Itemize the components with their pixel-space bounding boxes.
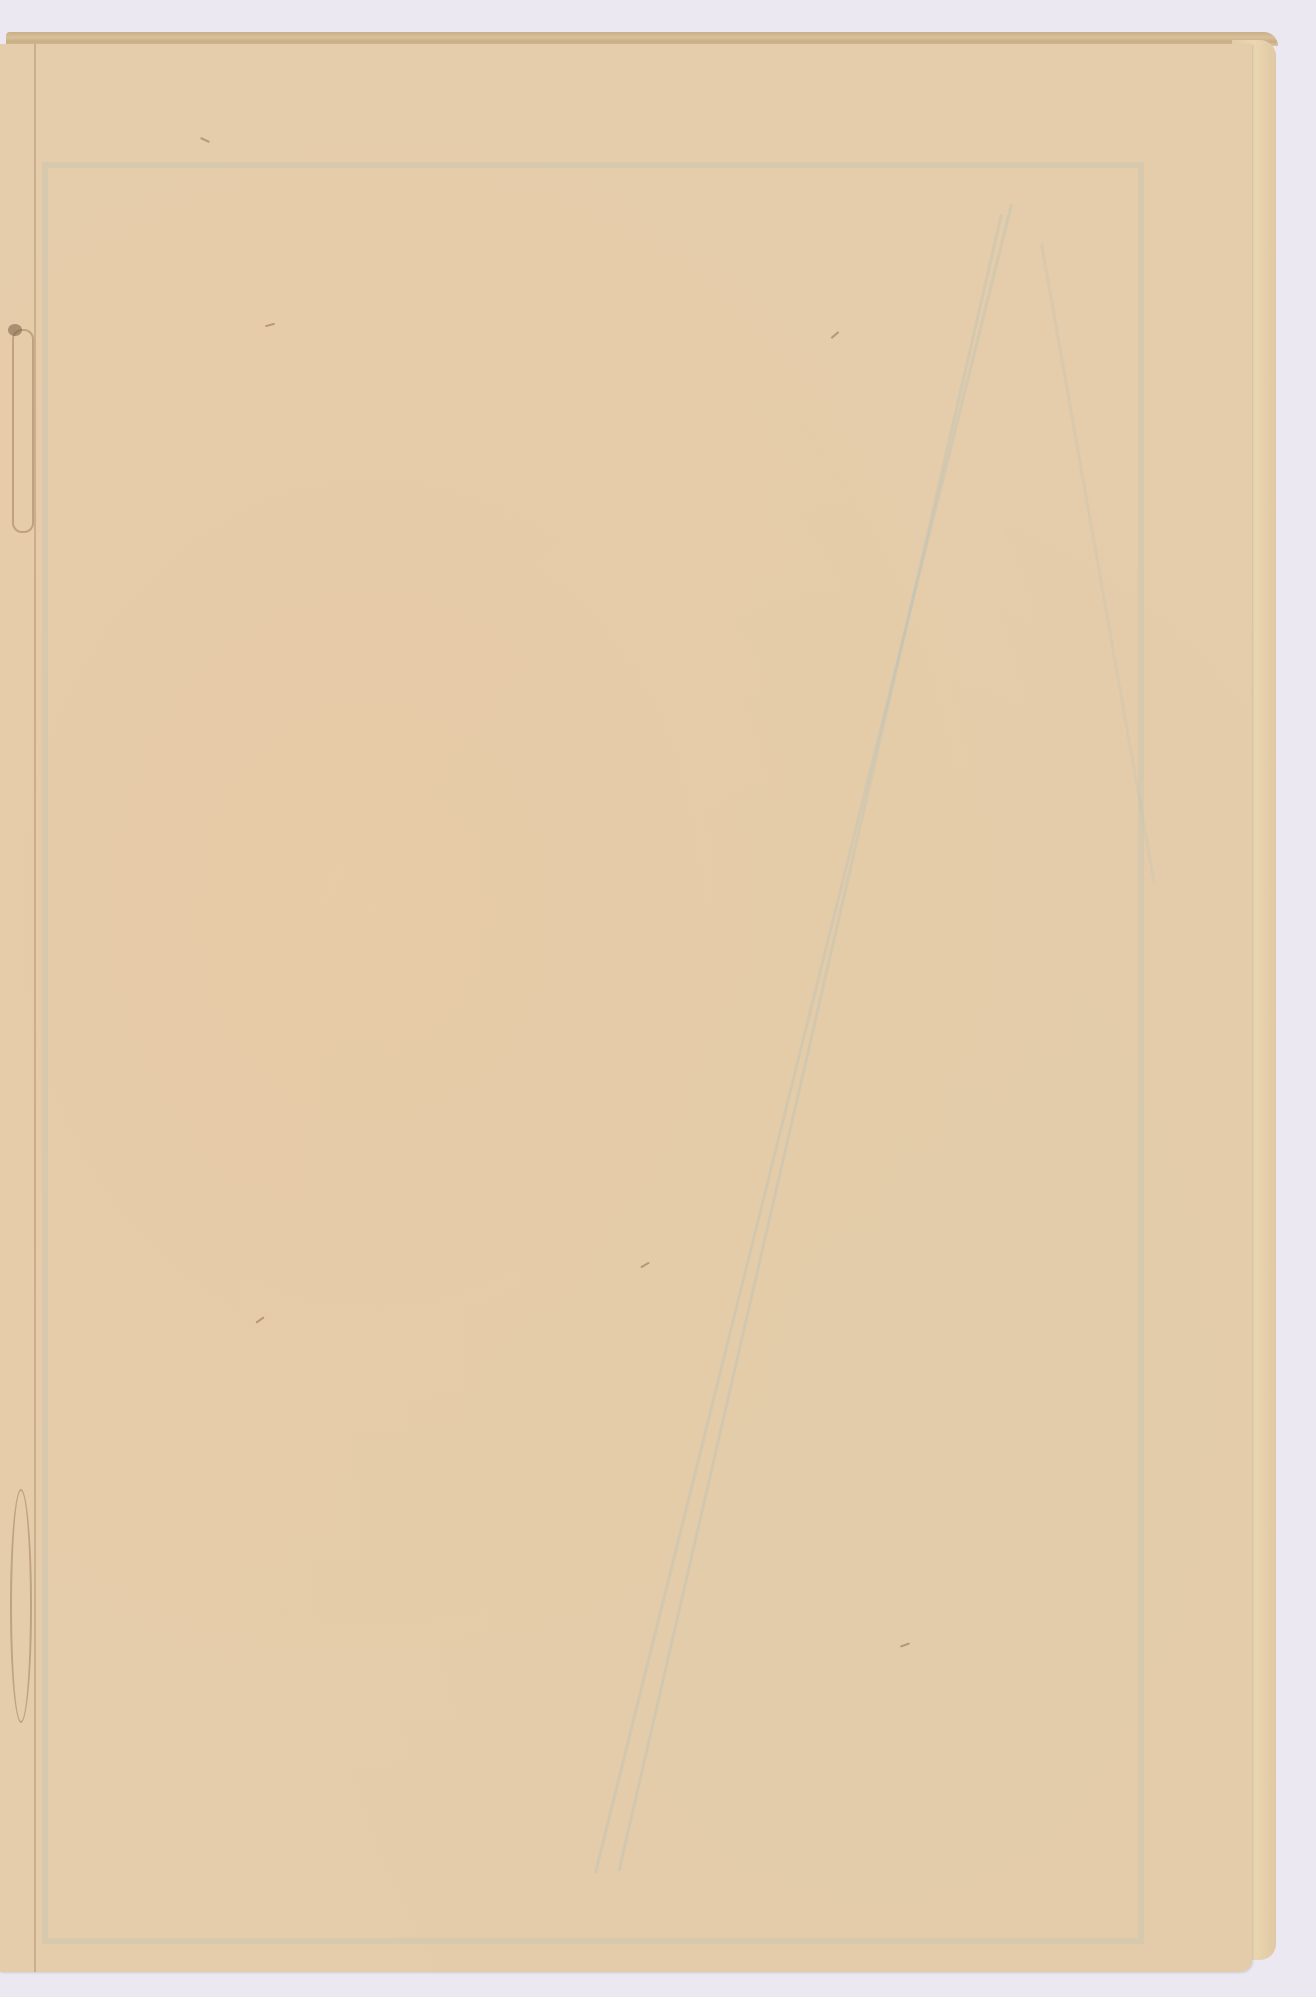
binding-stitch-bottom: [10, 1489, 32, 1723]
blank-page: [0, 44, 1252, 1972]
show-through-frame: [42, 162, 1144, 1944]
paper-fleck: [200, 137, 210, 143]
binding-stitch-top: [12, 329, 34, 533]
stitch-knot-icon: [8, 324, 22, 336]
spine-fold: [34, 44, 36, 1972]
